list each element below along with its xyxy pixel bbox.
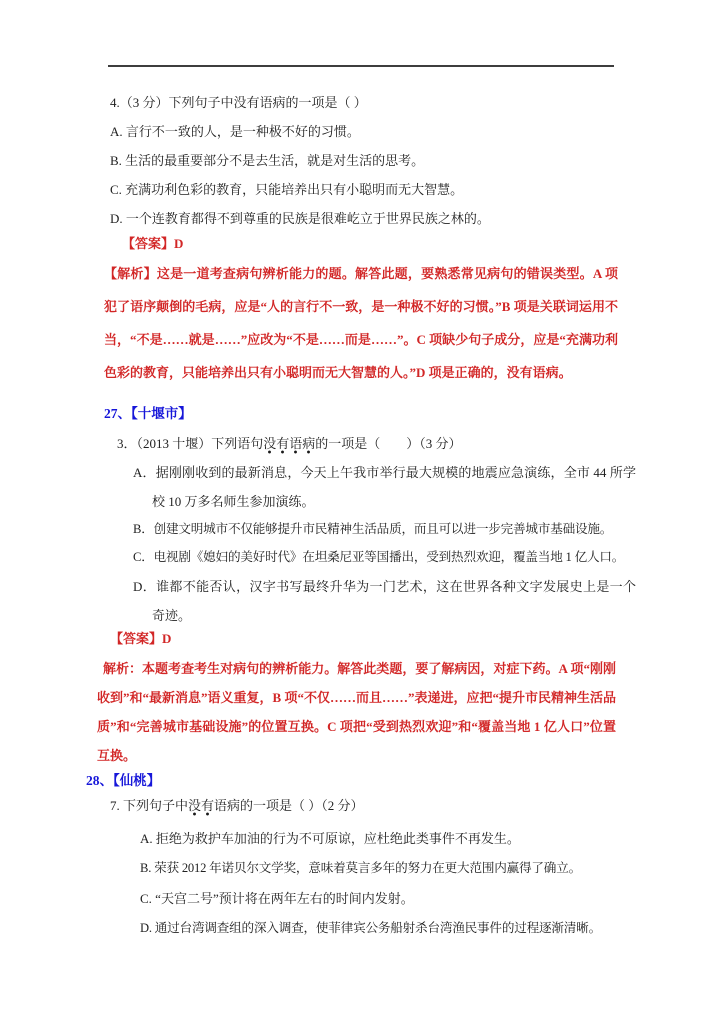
answer-label: 【答案】 (110, 631, 162, 646)
exam-document-page: 4.（3 分）下列句子中没有语病的一项是（ ） A. 言行不一致的人，是一种极不… (0, 0, 720, 1019)
question-emphasized-text: 没有 (188, 798, 214, 816)
section-28-option-d: D. 通过台湾调查组的深入调查，使菲律宾公务船射杀台湾渔民事件的过程逐渐清晰。 (140, 914, 601, 943)
question-text-suffix: 语病的一项是（ ）（2 分） (214, 798, 364, 813)
answer-value: D (162, 631, 171, 646)
answer-value: D (174, 236, 183, 251)
question-4-analysis: 【解析】这是一道考查病句辨析能力的题。解答此题，要熟悉常见病句的错误类型。A 项… (104, 257, 618, 389)
answer-label: 【答案】 (122, 236, 174, 251)
question-text-prefix: 3．（2013 十堰）下列语句 (117, 436, 263, 451)
section-27-option-b: B．创建文明城市不仅能够提升市民精神生活品质，而且可以进一步完善城市基础设施。 (133, 515, 612, 544)
section-27-answer: 【答案】D (110, 624, 171, 653)
section-27-option-d: D．谁都不能否认，汉字书写最终升华为一门艺术，这在世界各种文字发展史上是一个奇迹… (133, 572, 636, 630)
question-4-option-a: A. 言行不一致的人，是一种极不好的习惯。 (110, 117, 625, 146)
section-27-option-c: C．电视剧《媳妇的美好时代》在坦桑尼亚等国播出，受到热烈欢迎，覆盖当地 1 亿人… (133, 543, 624, 572)
question-emphasized-text: 没有语病 (263, 436, 315, 454)
question-4-answer: 【答案】D (122, 229, 183, 258)
analysis-label: 【解析】 (104, 266, 157, 281)
section-28-question: 7. 下列句子中没有语病的一项是（ ）（2 分） (110, 791, 364, 820)
section-27-question: 3．（2013 十堰）下列语句没有语病的一项是（ ）（3 分） (117, 429, 462, 458)
question-text-prefix: 7. 下列句子中 (110, 798, 188, 813)
question-4-option-c: C. 充满功利色彩的教育，只能培养出只有小聪明而无大智慧。 (110, 175, 625, 204)
question-4-option-d: D. 一个连教育都得不到尊重的民族是很难屹立于世界民族之林的。 (110, 204, 625, 233)
section-27-option-a: A．据刚刚收到的最新消息，今天上午我市举行最大规模的地震应急演练，全市 44 所… (133, 458, 636, 516)
analysis-text: 这是一道考查病句辨析能力的题。解答此题，要熟悉常见病句的错误类型。A 项犯了语序… (104, 266, 618, 380)
section-28-option-c: C. “天宫二号”预计将在两年左右的时间内发射。 (140, 884, 414, 913)
question-text-suffix: 的一项是（ ）（3 分） (315, 436, 461, 451)
question-4-title: 4.（3 分）下列句子中没有语病的一项是（ ） (110, 88, 625, 117)
question-4-option-b: B. 生活的最重要部分不是去生活，就是对生活的思考。 (110, 146, 625, 175)
section-27-analysis: 解析：本题考查考生对病句的辨析能力。解答此类题，要了解病因，对症下药。A 项“刚… (97, 654, 616, 770)
header-divider-line (108, 65, 614, 67)
section-27-header: 27、【十堰市】 (104, 399, 192, 428)
section-28-option-b: B. 荣获 2012 年诺贝尔文学奖，意味着莫言多年的努力在更大范围内赢得了确立… (140, 854, 581, 883)
question-4-block: 4.（3 分）下列句子中没有语病的一项是（ ） A. 言行不一致的人，是一种极不… (110, 88, 625, 233)
section-28-option-a: A. 拒绝为救护车加油的行为不可原谅，应杜绝此类事件不再发生。 (140, 824, 520, 853)
